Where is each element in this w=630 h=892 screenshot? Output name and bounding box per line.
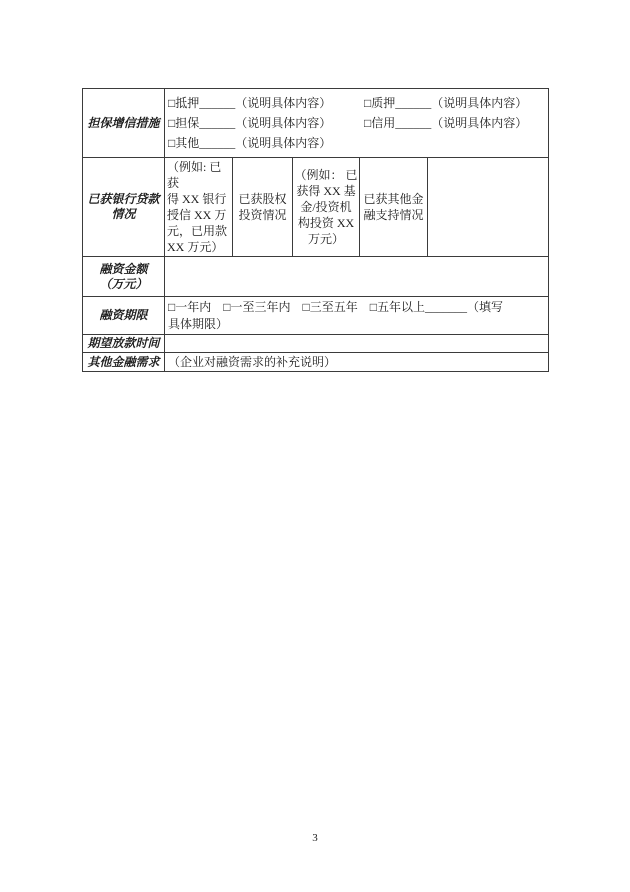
- checkbox-option-mortgage: □抵押______（说明具体内容）: [168, 93, 364, 113]
- bank-loan-example-cell: （例如: 已获 得 XX 银行 授信 XX 万 元，已用款 XX 万元）: [165, 158, 233, 257]
- table-row: 期望放款时间: [83, 335, 549, 353]
- document-page: 担保增信措施 □抵押______（说明具体内容）□质押______（说明具体内容…: [0, 0, 630, 892]
- other-financial-needs-cell: （企业对融资需求的补充说明）: [165, 353, 549, 372]
- empty-cell: [428, 158, 549, 257]
- page-number: 3: [0, 831, 630, 845]
- row-label-financing-amount: 融资金额 （万元）: [83, 257, 165, 297]
- other-financial-support-status-cell: 已获其他金 融支持情况: [360, 158, 428, 257]
- table-row: 其他金融需求 （企业对融资需求的补充说明）: [83, 353, 549, 372]
- expected-disbursement-input-cell: [165, 335, 549, 353]
- checkbox-option-credit: □信用______（说明具体内容）: [364, 116, 527, 130]
- table-row: 融资期限 □一年内 □一至三年内 □三至五年 □五年以上_______（填写 具…: [83, 297, 549, 335]
- fund-investment-example-cell: （例如： 已 获得 XX 基 金/投资机 构投资 XX 万元）: [293, 158, 360, 257]
- table-row: 已获银行贷款 情况 （例如: 已获 得 XX 银行 授信 XX 万 元，已用款 …: [83, 158, 549, 257]
- table-row: 担保增信措施 □抵押______（说明具体内容）□质押______（说明具体内容…: [83, 89, 549, 158]
- equity-investment-status-cell: 已获股权 投资情况: [233, 158, 293, 257]
- checkbox-option-pledge: □质押______（说明具体内容）: [364, 96, 527, 110]
- financing-term-options-cell: □一年内 □一至三年内 □三至五年 □五年以上_______（填写 具体期限）: [165, 297, 549, 335]
- row-label-expected-disbursement-time: 期望放款时间: [83, 335, 165, 353]
- guarantee-options-line: □担保______（说明具体内容）□信用______（说明具体内容）: [168, 113, 546, 133]
- row-label-guarantee-measures: 担保增信措施: [83, 89, 165, 158]
- financing-amount-input-cell: [165, 257, 549, 297]
- row-label-bank-loans-obtained: 已获银行贷款 情况: [83, 158, 165, 257]
- table-row: 融资金额 （万元）: [83, 257, 549, 297]
- checkbox-option-guarantee: □担保______（说明具体内容）: [168, 113, 364, 133]
- guarantee-options-cell: □抵押______（说明具体内容）□质押______（说明具体内容） □担保__…: [165, 89, 549, 158]
- financing-form-table: 担保增信措施 □抵押______（说明具体内容）□质押______（说明具体内容…: [82, 88, 549, 372]
- guarantee-options-line: □抵押______（说明具体内容）□质押______（说明具体内容）: [168, 93, 546, 113]
- guarantee-options-line: □其他______（说明具体内容）: [168, 133, 546, 153]
- row-label-financing-term: 融资期限: [83, 297, 165, 335]
- row-label-other-financial-needs: 其他金融需求: [83, 353, 165, 372]
- checkbox-option-other: □其他______（说明具体内容）: [168, 133, 364, 153]
